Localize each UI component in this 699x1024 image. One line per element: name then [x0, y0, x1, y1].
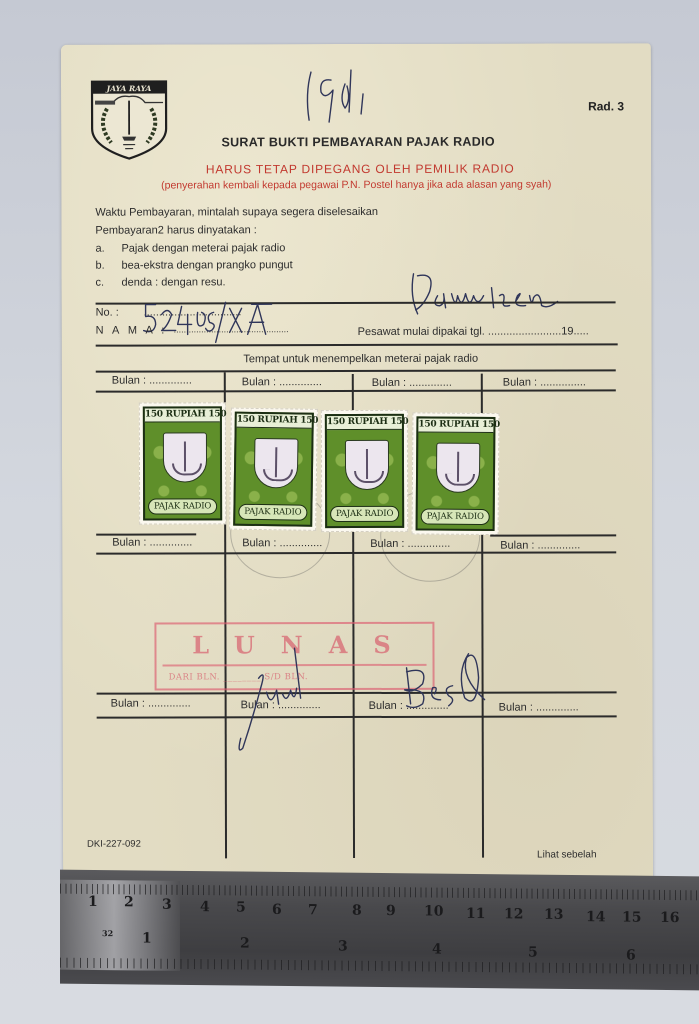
handwritten-paid-to-des — [398, 638, 508, 722]
ruler-cm-mark: 2 — [124, 894, 134, 910]
instruction-item-b: b.bea-ekstra dengan prangko pungut — [95, 259, 292, 272]
stamp-shield-icon — [163, 432, 207, 482]
bulan-field-r3c4[interactable]: Bulan : .............. — [499, 701, 579, 713]
item-text: denda : dengan resu. — [122, 276, 226, 288]
instruction-item-c: c.denda : dengan resu. — [96, 276, 226, 288]
svg-text:JAYA RAYA: JAYA RAYA — [105, 84, 152, 93]
ruler-cm-mark: 4 — [200, 899, 210, 915]
radio-tax-stamp-3: 150 RUPIAH 150 PAJAK RADIO — [321, 410, 408, 532]
ruler-cm-mark: 5 — [236, 899, 246, 915]
ruler-fraction-label: 32 — [102, 928, 113, 938]
stamp-denomination: 150 RUPIAH 150 — [327, 416, 402, 430]
item-marker: c. — [96, 277, 122, 289]
stamp-denomination: 150 RUPIAH 150 — [145, 408, 220, 422]
stamp-shield-icon — [436, 443, 480, 493]
ruler-cm-mark: 13 — [544, 907, 563, 923]
ruler-cm-mark: 12 — [504, 906, 523, 922]
ruler-inch-mark: 3 — [338, 939, 348, 955]
stamp-denomination: 150 RUPIAH 150 — [418, 418, 493, 433]
instruction-line-1: Waktu Pembayaran, mintalah supaya segera… — [95, 206, 378, 219]
instruction-line-2: Pembayaran2 harus dinyatakan : — [95, 224, 256, 236]
handwritten-name-darmien — [407, 265, 577, 317]
ruler-inch-mark: 1 — [142, 930, 152, 946]
ruler-inch-mark: 4 — [432, 942, 442, 958]
bulan-field-r2c1[interactable]: Bulan : .............. — [112, 536, 192, 548]
steel-ruler: 1 2 3 4 5 6 7 8 9 10 11 12 13 14 15 16 3… — [60, 870, 699, 991]
document-subnote: (penyerahan kembali kepada pegawai P.N. … — [61, 178, 651, 192]
ruler-inch-mark: 5 — [528, 945, 538, 961]
footer-see-reverse: Lihat sebelah — [537, 849, 597, 860]
row-line — [96, 533, 196, 535]
stamp-area-label: Tempat untuk menempelkan meterai pajak r… — [62, 352, 652, 366]
bulan-field-r3c1[interactable]: Bulan : .............. — [111, 697, 191, 709]
ruler-cm-mark: 3 — [162, 897, 172, 913]
ruler-cm-mark: 7 — [308, 902, 318, 918]
ruler-cm-mark: 11 — [466, 906, 485, 922]
document-title: SURAT BUKTI PEMBAYARAN PAJAK RADIO — [61, 134, 651, 150]
stamp-label: PAJAK RADIO — [330, 506, 399, 522]
bulan-field-r2c2[interactable]: Bulan : .............. — [242, 537, 322, 549]
row-line — [96, 389, 616, 392]
nama-field-value[interactable]: ........................................… — [174, 324, 289, 334]
ruler-cm-mark: 14 — [586, 909, 605, 925]
bulan-field-r1c3[interactable]: Bulan : .............. — [372, 377, 452, 389]
ruler-cm-mark: 16 — [660, 910, 679, 926]
document-subtitle: HARUS TETAP DIPEGANG OLEH PEMILIK RADIO — [61, 161, 651, 177]
stamp-label: PAJAK RADIO — [148, 498, 217, 514]
table-top-line — [96, 369, 616, 372]
tax-receipt-card: JAYA RAYA Rad. 3 SURAT BUKTI PEMBAYARAN … — [61, 43, 653, 883]
handwritten-registration-number — [142, 294, 282, 344]
ruler-cm-mark: 9 — [386, 903, 396, 919]
row-line — [97, 691, 617, 694]
bulan-field-r1c4[interactable]: Bulan : ............... — [503, 376, 586, 388]
stamp-shield-icon — [254, 438, 299, 489]
stamp-label: PAJAK RADIO — [421, 508, 490, 525]
bulan-field-r1c1[interactable]: Bulan : .............. — [112, 374, 192, 386]
footer-form-code: DKI-227-092 — [87, 839, 141, 850]
radio-tax-stamp-2: 150 RUPIAH 150 PAJAK RADIO — [229, 408, 318, 531]
divider-line — [96, 343, 618, 346]
row-line — [490, 534, 616, 536]
nama-field-label: N A M A : — [96, 324, 168, 336]
ruler-cm-mark: 15 — [622, 910, 641, 926]
ruler-cm-mark: 6 — [272, 902, 282, 918]
form-code: Rad. 3 — [588, 99, 624, 113]
row-line — [96, 551, 616, 554]
instruction-item-a: a.Pajak dengan meterai pajak radio — [95, 242, 285, 254]
stamp-label: PAJAK RADIO — [238, 504, 307, 521]
stamp-denomination: 150 RUPIAH 150 — [237, 414, 312, 429]
item-marker: a. — [95, 243, 121, 255]
item-text: bea-ekstra dengan prangko pungut — [121, 259, 292, 271]
handwritten-paid-from-juni — [230, 638, 320, 758]
handwritten-number-1901 — [301, 64, 381, 126]
radio-tax-stamp-4: 150 RUPIAH 150 PAJAK RADIO — [412, 412, 500, 535]
bulan-field-r1c2[interactable]: Bulan : .............. — [242, 376, 322, 388]
ruler-inch-ticks — [60, 958, 699, 975]
item-text: Pajak dengan meterai pajak radio — [121, 242, 285, 254]
bulan-field-r2c4[interactable]: Bulan : .............. — [500, 539, 580, 551]
pesawat-date-field[interactable]: Pesawat mulai dipakai tgl. .............… — [358, 325, 589, 338]
ruler-cm-mark: 1 — [88, 894, 98, 910]
row-line — [97, 715, 617, 718]
ruler-inch-mark: 6 — [626, 948, 636, 964]
radio-tax-stamp-1: 150 RUPIAH 150 PAJAK RADIO — [139, 402, 226, 524]
ruler-cm-mark: 10 — [424, 903, 443, 919]
item-marker: b. — [95, 260, 121, 272]
stamp-shield-icon — [345, 440, 389, 490]
ruler-inch-mark: 2 — [240, 936, 250, 952]
no-field-label: No. : — [96, 307, 119, 319]
ruler-cm-mark: 8 — [352, 903, 362, 919]
bulan-field-r2c3[interactable]: Bulan : .............. — [370, 538, 450, 550]
